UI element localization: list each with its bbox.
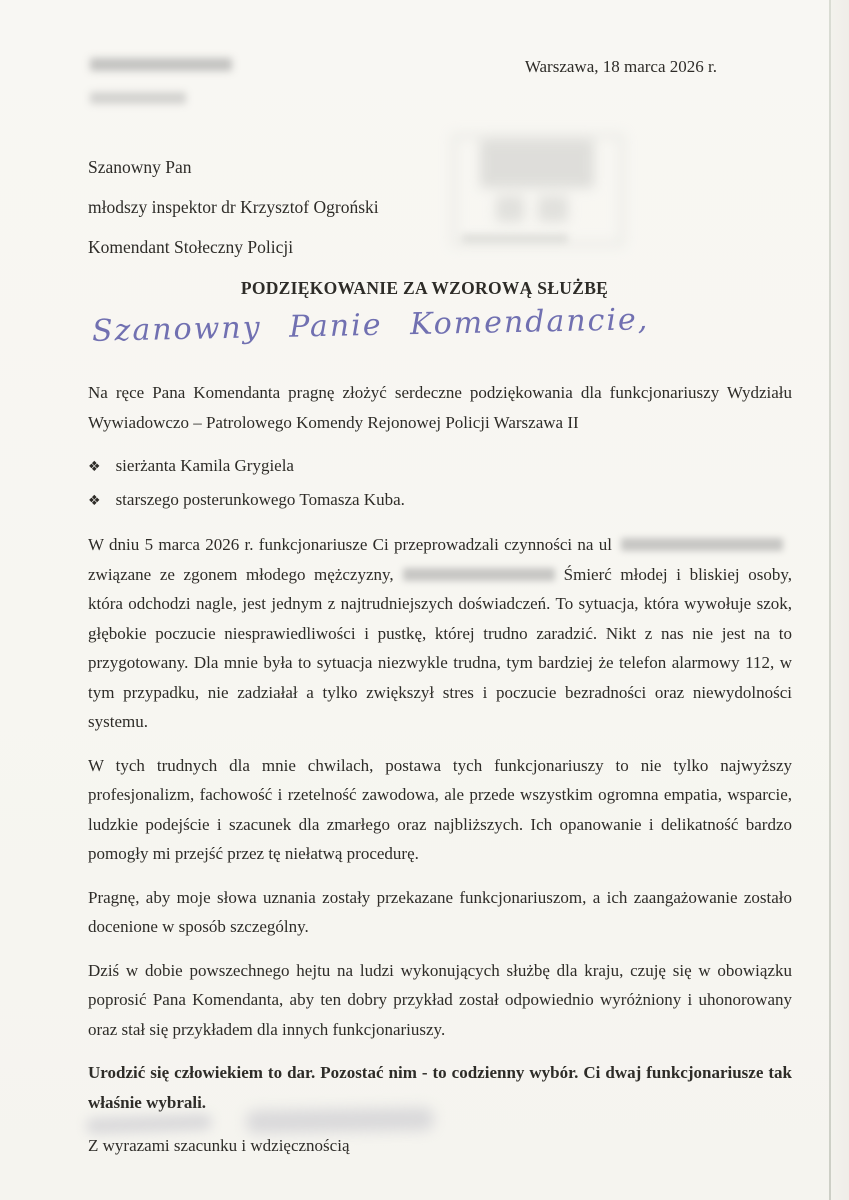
- recipient-block: Szanowny Pan młodszy inspektor dr Krzysz…: [88, 147, 379, 267]
- recipient-title: Komendant Stołeczny Policji: [88, 227, 379, 267]
- redacted-sender-address: [90, 92, 186, 104]
- list-item-officer: ❖starszego posterunkowego Tomasza Kuba.: [88, 485, 792, 517]
- paragraph-request: Pragnę, aby moje słowa uznania zostały p…: [88, 883, 792, 942]
- list-item-officer: ❖sierżanta Kamila Grygiela: [88, 451, 792, 483]
- diamond-bullet-icon: ❖: [88, 459, 101, 475]
- closing-line: Z wyrazami szacunku i wdzięcznością: [88, 1131, 792, 1161]
- letter-title: PODZIĘKOWANIE ZA WZOROWĄ SŁUŻBĘ: [0, 278, 849, 299]
- handwritten-greeting: Szanowny Panie Komendancie,: [92, 302, 650, 349]
- redacted-deceased-name: [403, 568, 555, 581]
- date-line: Warszawa, 18 marca 2026 r.: [525, 57, 717, 77]
- redacted-sender-name: [90, 58, 232, 71]
- officer-name: sierżanta Kamila Grygiela: [116, 456, 294, 475]
- recipient-name: młodszy inspektor dr Krzysztof Ogroński: [88, 187, 379, 227]
- paragraph-appeal: Dziś w dobie powszechnego hejtu na ludzi…: [88, 956, 792, 1045]
- incident-text: W dniu 5 marca 2026 r. funkcjonariusze C…: [88, 535, 612, 554]
- stamp-blur-block: [496, 196, 524, 222]
- recipient-salutation: Szanowny Pan: [88, 147, 379, 187]
- letter-body: Na ręce Pana Komendanta pragnę złożyć se…: [88, 378, 792, 1175]
- officer-list: ❖sierżanta Kamila Grygiela ❖starszego po…: [88, 451, 792, 516]
- paragraph-intro: Na ręce Pana Komendanta pragnę złożyć se…: [88, 378, 792, 437]
- redacted-stamp-caption: [462, 234, 568, 243]
- redacted-street-address: [621, 538, 783, 551]
- paragraph-motto: Urodzić się człowiekiem to dar. Pozostać…: [88, 1058, 792, 1117]
- incident-text: Śmierć młodej i bliskiej osoby, która od…: [88, 565, 792, 732]
- incident-text: związane ze zgonem młodego mężczyzny,: [88, 565, 394, 584]
- redacted-stamp: [452, 134, 624, 246]
- scanned-letter-page: Warszawa, 18 marca 2026 r. Szanowny Pan …: [0, 0, 849, 1200]
- scan-margin: [831, 0, 849, 1200]
- paragraph-attitude: W tych trudnych dla mnie chwilach, posta…: [88, 751, 792, 869]
- paragraph-incident: W dniu 5 marca 2026 r. funkcjonariusze C…: [88, 530, 792, 737]
- stamp-blur-block: [480, 140, 594, 188]
- redacted-signature-last: [246, 1107, 434, 1133]
- diamond-bullet-icon: ❖: [88, 493, 101, 509]
- stamp-blur-block: [538, 196, 568, 222]
- officer-name: starszego posterunkowego Tomasza Kuba.: [116, 490, 405, 509]
